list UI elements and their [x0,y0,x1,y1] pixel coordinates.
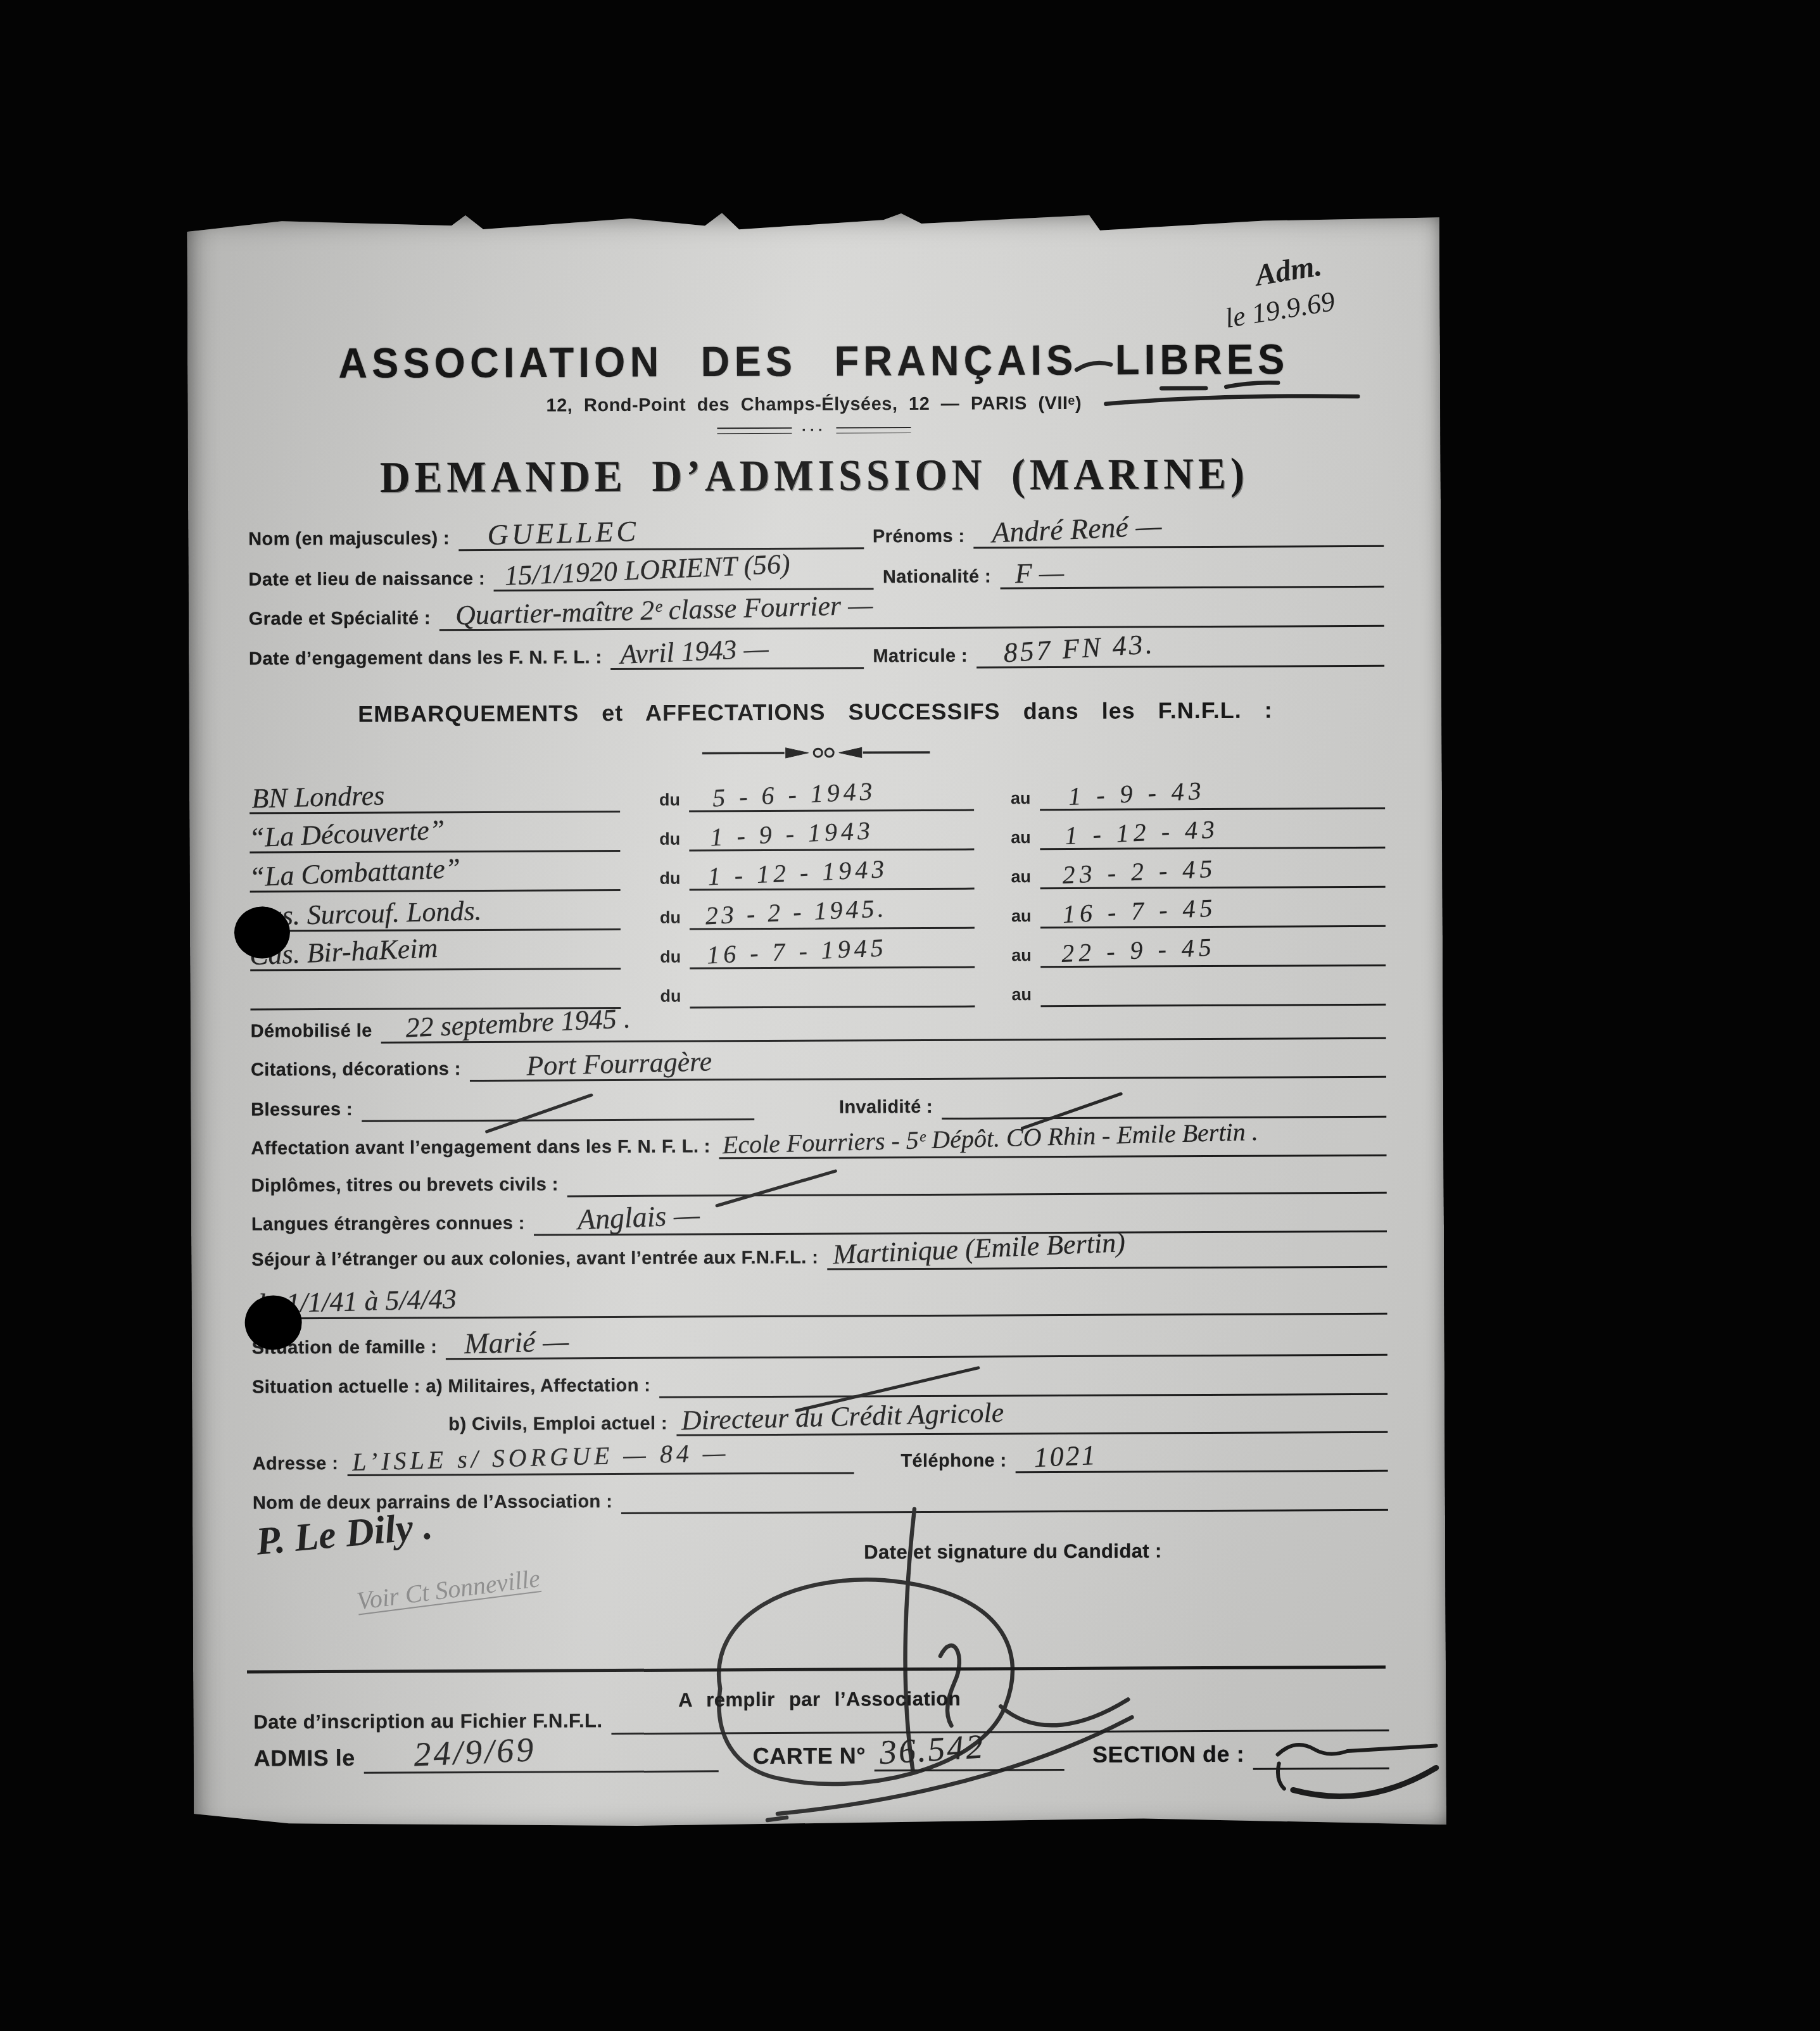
famille-line: Marié — [446,1319,1387,1360]
engagement-line: Avril 1943 — [610,631,864,670]
ship-line: BN Londres [250,773,620,814]
embarkation-row: “La Découverte” du 1 - 9 - 1943 au 1 - 1… [250,811,1385,854]
ship-line: Cas. Surcouf. Londs. [250,890,621,932]
nationalite-value: F — [1014,556,1064,590]
embarkation-row: Cas. Surcouf. Londs. du 23 - 2 - 1945. a… [250,889,1386,932]
au-value: 1 - 12 - 43 [1064,814,1219,851]
nom-label: Nom (en majuscules) : [248,528,450,552]
du-value: 1 - 9 - 1943 [709,815,874,852]
ship-name: “La Découverte” [248,813,445,854]
section-value-scribble [1270,1723,1441,1813]
form-paper: Adm. le 19.9.69 ASSOCIATION DES FRANÇAIS… [187,210,1446,1832]
row-grade: Grade et Spécialité : Quartier-maître 2ᵉ… [249,592,1384,632]
admis-label: ADMIS le [254,1745,355,1775]
sejour-dates-line: du 1/1/41 à 5/4/43 [251,1277,1387,1320]
prenoms-label: Prénoms : [873,526,965,550]
admis-line: 24/9/69 [363,1730,718,1773]
engagement-value: Avril 1943 — [619,632,769,671]
admin-note-date: le 19.9.69 [1223,285,1337,334]
citations-value: Port Fourragère [526,1045,712,1082]
adresse-label: Adresse : [253,1453,339,1477]
prenoms-line: André René — [973,510,1384,549]
demobilise-line: 22 septembre 1945 . [381,1002,1386,1044]
telephone-value: 1021 [1033,1439,1097,1474]
demobilise-value: 22 septembre 1945 . [405,1002,631,1044]
du-value: 1 - 12 - 1943 [707,854,888,891]
au-label: au [1011,867,1032,889]
du-line [690,968,975,1009]
telephone-label: Téléphone : [901,1450,1006,1474]
du-line: 1 - 12 - 1943 [689,850,974,891]
embarkation-row: BN Londres du 5 - 6 - 1943 au 1 - 9 - 43 [250,771,1385,814]
demobilise-label: Démobilisé le [251,1021,372,1044]
situation-b-label: b) Civils, Emploi actuel : [448,1414,667,1438]
blessures-label: Blessures : [251,1099,353,1123]
du-line: 16 - 7 - 1945 [690,928,975,970]
au-line [1040,966,1386,1007]
org-name-text: ASSOCIATION DES FRANÇAIS LIBRES [338,336,1289,388]
row-diplomes: Diplômes, titres ou brevets civils : [251,1158,1387,1199]
au-line: 16 - 7 - 45 [1040,887,1386,928]
ship-line: Cas. Bir-haKeim [250,930,621,971]
au-label: au [1011,906,1032,928]
citations-label: Citations, décorations : [251,1059,461,1082]
embarkation-heading-text: EMBARQUEMENTS et AFFECTATIONS SUCCESSIFS… [358,697,1273,727]
langues-value: Anglais — [577,1198,700,1236]
nationalite-label: Nationalité : [883,566,991,590]
au-line: 1 - 9 - 43 [1039,769,1385,811]
diplomes-label: Diplômes, titres ou brevets civils : [251,1174,559,1198]
invalidite-line [942,1080,1386,1120]
affectation-label: Affectation avant l’engagement dans les … [251,1136,711,1161]
famille-value: Marié — [464,1324,569,1360]
carte-label: CARTE N° [753,1742,866,1772]
embarkation-ornament [702,743,930,763]
du-label: du [660,908,681,930]
sejour-value: Martinique (Emile Bertin) [832,1226,1126,1271]
sejour-line: Martinique (Emile Bertin) [827,1231,1387,1270]
langues-line: Anglais — [534,1195,1387,1236]
situation-a-label: Situation actuelle : a) Militaires, Affe… [252,1376,650,1400]
du-value: 16 - 7 - 1945 [706,932,887,970]
au-line: 1 - 12 - 43 [1040,809,1386,850]
adresse-value: L’ISLE s/ SORGUE — 84 — [351,1438,729,1477]
au-value: 23 - 2 - 45 [1061,854,1216,890]
au-label: au [1011,788,1031,811]
header-ornament: ··· [187,419,1440,442]
form-title: DEMANDE D’ADMISSION (MARINE) [188,449,1441,503]
du-label: du [660,869,681,891]
matricule-label: Matricule : [873,646,968,669]
section-label: SECTION de : [1092,1741,1244,1771]
du-label: du [660,947,681,970]
embarkation-row: Cas. Bir-haKeim du 16 - 7 - 1945 au 22 -… [250,928,1386,971]
ship-line: “La Combattante” [250,851,620,893]
form-title-text: DEMANDE D’ADMISSION (MARINE) [380,448,1249,503]
row-engagement: Date d’engagement dans les F. N. F. L. :… [249,631,1384,672]
naissance-line: 15/1/1920 LORIENT (56) [494,552,874,592]
row-blessures: Blessures : Invalidité : [251,1082,1386,1123]
row-admis: ADMIS le 24/9/69 CARTE N° 36.542 SECTION… [253,1729,1389,1775]
au-line: 22 - 9 - 45 [1040,927,1386,968]
row-sejour-dates: du 1/1/41 à 5/4/43 [251,1279,1387,1320]
invalidite-label: Invalidité : [839,1097,933,1120]
au-value: 16 - 7 - 45 [1061,893,1216,929]
carte-line: 36.542 [875,1728,1065,1771]
org-address-text: 12, Rond-Point des Champs-Élysées, 12 — … [546,393,1082,416]
prenoms-value: André René — [991,509,1162,549]
carte-value: 36.542 [878,1726,986,1772]
sponsor-pencil-note: Voir Ct Sonneville [355,1563,542,1616]
situation-b-value: Directeur du Crédit Agricole [681,1396,1004,1437]
admis-value: 24/9/69 [413,1730,536,1774]
du-value: 5 - 6 - 1943 [712,776,876,813]
du-value: 23 - 2 - 1945. [705,893,887,930]
row-sejour: Séjour à l’étranger ou aux colonies, ava… [251,1232,1387,1273]
adresse-line: L’ISLE s/ SORGUE — 84 — [347,1436,854,1476]
row-famille: Situation de famille : Marié — [252,1320,1387,1361]
affectation-line: Ecole Fourriers - 5ᵉ Dépôt. CO Rhin - Em… [719,1119,1387,1160]
ship-name: BN Londres [251,779,385,814]
naissance-value: 15/1/1920 LORIENT (56) [504,548,791,592]
embarkation-heading: EMBARQUEMENTS et AFFECTATIONS SUCCESSIFS… [189,696,1441,728]
naissance-label: Date et lieu de naissance : [248,569,485,593]
admin-note-word: Adm. [1253,247,1332,293]
du-label: du [659,790,680,813]
admin-note: Adm. le 19.9.69 [1253,247,1337,329]
ship-name: “La Combattante” [248,852,461,893]
citations-line: Port Fourragère [470,1041,1386,1082]
row-nom: Nom (en majuscules) : GUELLEC Prénoms : … [248,512,1384,552]
affectation-value: Ecole Fourriers - 5ᵉ Dépôt. CO Rhin - Em… [723,1117,1259,1160]
du-line: 23 - 2 - 1945. [690,889,975,930]
au-label: au [1011,828,1031,850]
au-value: 22 - 9 - 45 [1061,932,1216,968]
nationalite-line: F — [1000,550,1384,590]
engagement-label: Date d’engagement dans les F. N. F. L. : [249,647,602,671]
situation-a-line [659,1358,1387,1398]
parrains-label: Nom de deux parrains de l’Association : [253,1491,612,1515]
org-name: ASSOCIATION DES FRANÇAIS LIBRES [187,336,1440,387]
row-citations: Citations, décorations : Port Fourragère [251,1042,1386,1083]
embarkation-row: “La Combattante” du 1 - 12 - 1943 au 23 … [250,850,1385,893]
situation-b-line: Directeur du Crédit Agricole [676,1396,1388,1436]
grade-value: Quartier-maître 2ᵉ classe Fourrier — [455,588,873,631]
du-line: 1 - 9 - 1943 [689,811,974,852]
au-value: 1 - 9 - 43 [1068,776,1206,811]
org-address: 12, Rond-Point des Champs-Élysées, 12 — … [187,391,1440,418]
candidate-signature [585,1496,1207,1828]
ornament-dots: ··· [802,422,826,440]
du-line: 5 - 6 - 1943 [689,771,974,813]
row-demobilise: Démobilisé le 22 septembre 1945 . [250,1004,1386,1044]
hole-punch [244,1295,301,1350]
diplomes-line [567,1156,1387,1198]
ornament-line-right [837,427,911,434]
nom-value: GUELLEC [487,514,640,552]
ornament-line-left [717,427,792,434]
au-label: au [1011,946,1032,968]
du-label: du [659,830,680,852]
grade-line: Quartier-maître 2ᵉ classe Fourrier — [439,590,1384,631]
row-situation-militaire: Situation actuelle : a) Militaires, Affe… [252,1360,1387,1400]
matricule-value: 857 FN 43. [1002,628,1156,669]
nom-line: GUELLEC [458,512,864,551]
row-adresse: Adresse : L’ISLE s/ SORGUE — 84 — Téléph… [252,1436,1387,1477]
blessures-line [362,1083,754,1122]
scan-background: Adm. le 19.9.69 ASSOCIATION DES FRANÇAIS… [0,0,1820,2031]
langues-label: Langues étrangères connues : [251,1213,525,1237]
matricule-line: 857 FN 43. [976,630,1384,669]
hole-punch [234,906,290,958]
sejour-label: Séjour à l’étranger ou aux colonies, ava… [251,1248,818,1273]
row-naissance: Date et lieu de naissance : 15/1/1920 LO… [248,552,1384,593]
grade-label: Grade et Spécialité : [249,608,431,631]
telephone-line: 1021 [1015,1434,1387,1474]
row-situation-civile: b) Civils, Emploi actuel : Directeur du … [252,1398,1387,1438]
ship-line: “La Découverte” [250,812,620,854]
row-affectation: Affectation avant l’engagement dans les … [251,1121,1386,1161]
au-line: 23 - 2 - 45 [1040,848,1386,889]
